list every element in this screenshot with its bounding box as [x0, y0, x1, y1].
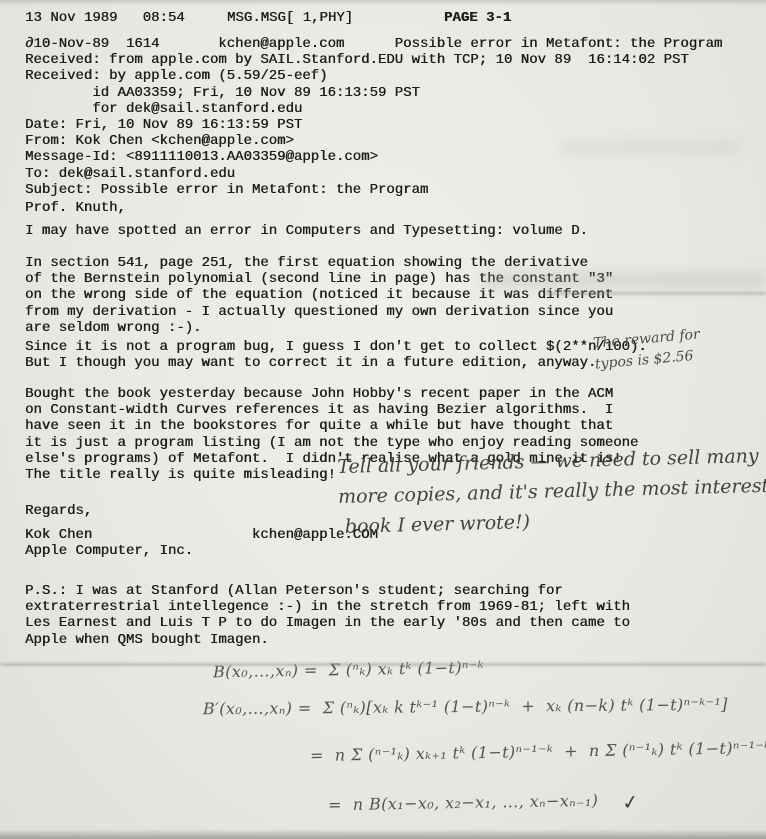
paragraph-reward: Since it is not a program bug, I guess I… [25, 339, 647, 371]
handwritten-reward-note: The reward for typos is $2.56 [592, 324, 702, 375]
scan-edge-top [0, 0, 766, 6]
handwritten-math-result: = n B(x₁−x₀, x₂−x₁, …, xₙ−xₙ₋₁) [328, 791, 599, 815]
postscript-block: P.S.: I was at Stanford (Allan Peterson'… [25, 583, 630, 648]
print-header-datetime: 13 Nov 1989 08:54 [25, 10, 185, 26]
print-header-page-number: PAGE 3-1 [444, 10, 511, 26]
signature-block: Kok Chen kchen@apple.COM Apple Computer,… [25, 527, 378, 559]
handwritten-marketing-note: Tell all your friends — we need to sell … [337, 440, 766, 542]
email-header-block: ∂10-Nov-89 1614 kchen@apple.com Possible… [25, 36, 722, 198]
handwritten-math-simplified: = n Σ (ⁿ⁻¹ₖ) xₖ₊₁ tᵏ (1−t)ⁿ⁻¹⁻ᵏ + n Σ (ⁿ… [310, 738, 766, 765]
paper-crease-line [545, 292, 766, 295]
handwritten-math-bernstein: B(x₀,…,xₙ) = Σ (ⁿₖ) xₖ tᵏ (1−t)ⁿ⁻ᵏ [213, 658, 484, 682]
closing-regards: Regards, [25, 503, 92, 519]
checkmark-icon: ✓ [620, 789, 640, 815]
scan-smudge [560, 140, 740, 154]
print-header-filename: MSG.MSG[ 1,PHY] [227, 10, 353, 26]
scanned-letter-page: 13 Nov 1989 08:54 MSG.MSG[ 1,PHY] PAGE 3… [0, 0, 766, 839]
paper-fold-line [0, 663, 766, 666]
scan-edge-bottom [0, 829, 766, 839]
salutation: Prof. Knuth, [25, 200, 126, 216]
scan-smudge [480, 272, 766, 288]
handwritten-math-derivative: B′(x₀,…,xₙ) = Σ (ⁿₖ)[xₖ k tᵏ⁻¹ (1−t)ⁿ⁻ᵏ … [203, 695, 728, 719]
paragraph-intro: I may have spotted an error in Computers… [25, 223, 588, 239]
paragraph-error-details: In section 541, page 251, the first equa… [25, 255, 613, 336]
